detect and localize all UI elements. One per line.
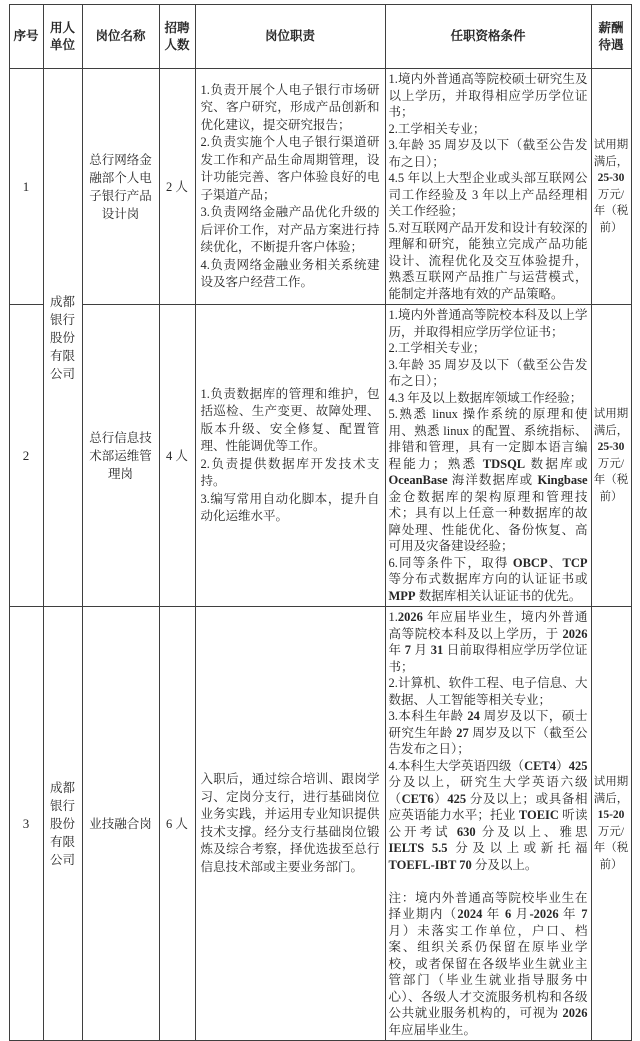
headcount-cell: 4 人	[159, 305, 195, 607]
employer-cell: 成都银行股份有限公司	[43, 607, 82, 1041]
table-row: 1 成都银行股份有限公司 总行网络金融部个人电子银行产品设计岗 2 人 1.负责…	[9, 69, 631, 305]
row-number-cell: 1	[9, 69, 43, 305]
employer-cell: 成都银行股份有限公司	[43, 69, 82, 607]
header-employer: 用人单位	[43, 5, 82, 69]
qualifications-cell: 1.境内外普通高等院校硕士研究生及以上学历，并取得相应学历学位证书； 2.工学相…	[385, 69, 591, 305]
header-qualifications: 任职资格条件	[385, 5, 591, 69]
page: 序号 用人单位 岗位名称 招聘人数 岗位职责 任职资格条件 薪酬待遇 1 成都银…	[0, 0, 640, 1041]
salary-cell: 试用期满后，15-20 万元/年（税前）	[591, 607, 631, 1041]
table-row: 2 总行信息技术部运维管理岗 4 人 1.负责数据库的管理和维护，包括巡检、生产…	[9, 305, 631, 607]
header-position: 岗位名称	[82, 5, 159, 69]
position-cell: 总行信息技术部运维管理岗	[82, 305, 159, 607]
row-number-cell: 3	[9, 607, 43, 1041]
header-salary: 薪酬待遇	[591, 5, 631, 69]
headcount-cell: 6 人	[159, 607, 195, 1041]
headcount-cell: 2 人	[159, 69, 195, 305]
recruitment-table: 序号 用人单位 岗位名称 招聘人数 岗位职责 任职资格条件 薪酬待遇 1 成都银…	[9, 4, 632, 1041]
header-headcount: 招聘人数	[159, 5, 195, 69]
qualifications-cell: 1.2026 年应届毕业生，境内外普通高等院校本科及以上学历，于 2026 年 …	[385, 607, 591, 1041]
row-number-cell: 2	[9, 305, 43, 607]
qualifications-cell: 1.境内外普通高等院校本科及以上学历，并取得相应学历学位证书； 2.工学相关专业…	[385, 305, 591, 607]
salary-cell: 试用期满后，25-30 万元/年（税前）	[591, 69, 631, 305]
header-row: 序号 用人单位 岗位名称 招聘人数 岗位职责 任职资格条件 薪酬待遇	[9, 5, 631, 69]
header-duties: 岗位职责	[195, 5, 385, 69]
position-cell: 业技融合岗	[82, 607, 159, 1041]
duties-cell: 入职后，通过综合培训、跟岗学习、定岗分支行，进行基础岗位业务实践，并运用专业知识…	[195, 607, 385, 1041]
table-row: 3 成都银行股份有限公司 业技融合岗 6 人 入职后，通过综合培训、跟岗学习、定…	[9, 607, 631, 1041]
duties-cell: 1.负责数据库的管理和维护，包括巡检、生产变更、故障处理、版本升级、安全修复、配…	[195, 305, 385, 607]
duties-cell: 1.负责开展个人电子银行市场研究、客户研究，形成产品创新和优化建议，提交研究报告…	[195, 69, 385, 305]
position-cell: 总行网络金融部个人电子银行产品设计岗	[82, 69, 159, 305]
header-no: 序号	[9, 5, 43, 69]
salary-cell: 试用期满后，25-30 万元/年（税前）	[591, 305, 631, 607]
